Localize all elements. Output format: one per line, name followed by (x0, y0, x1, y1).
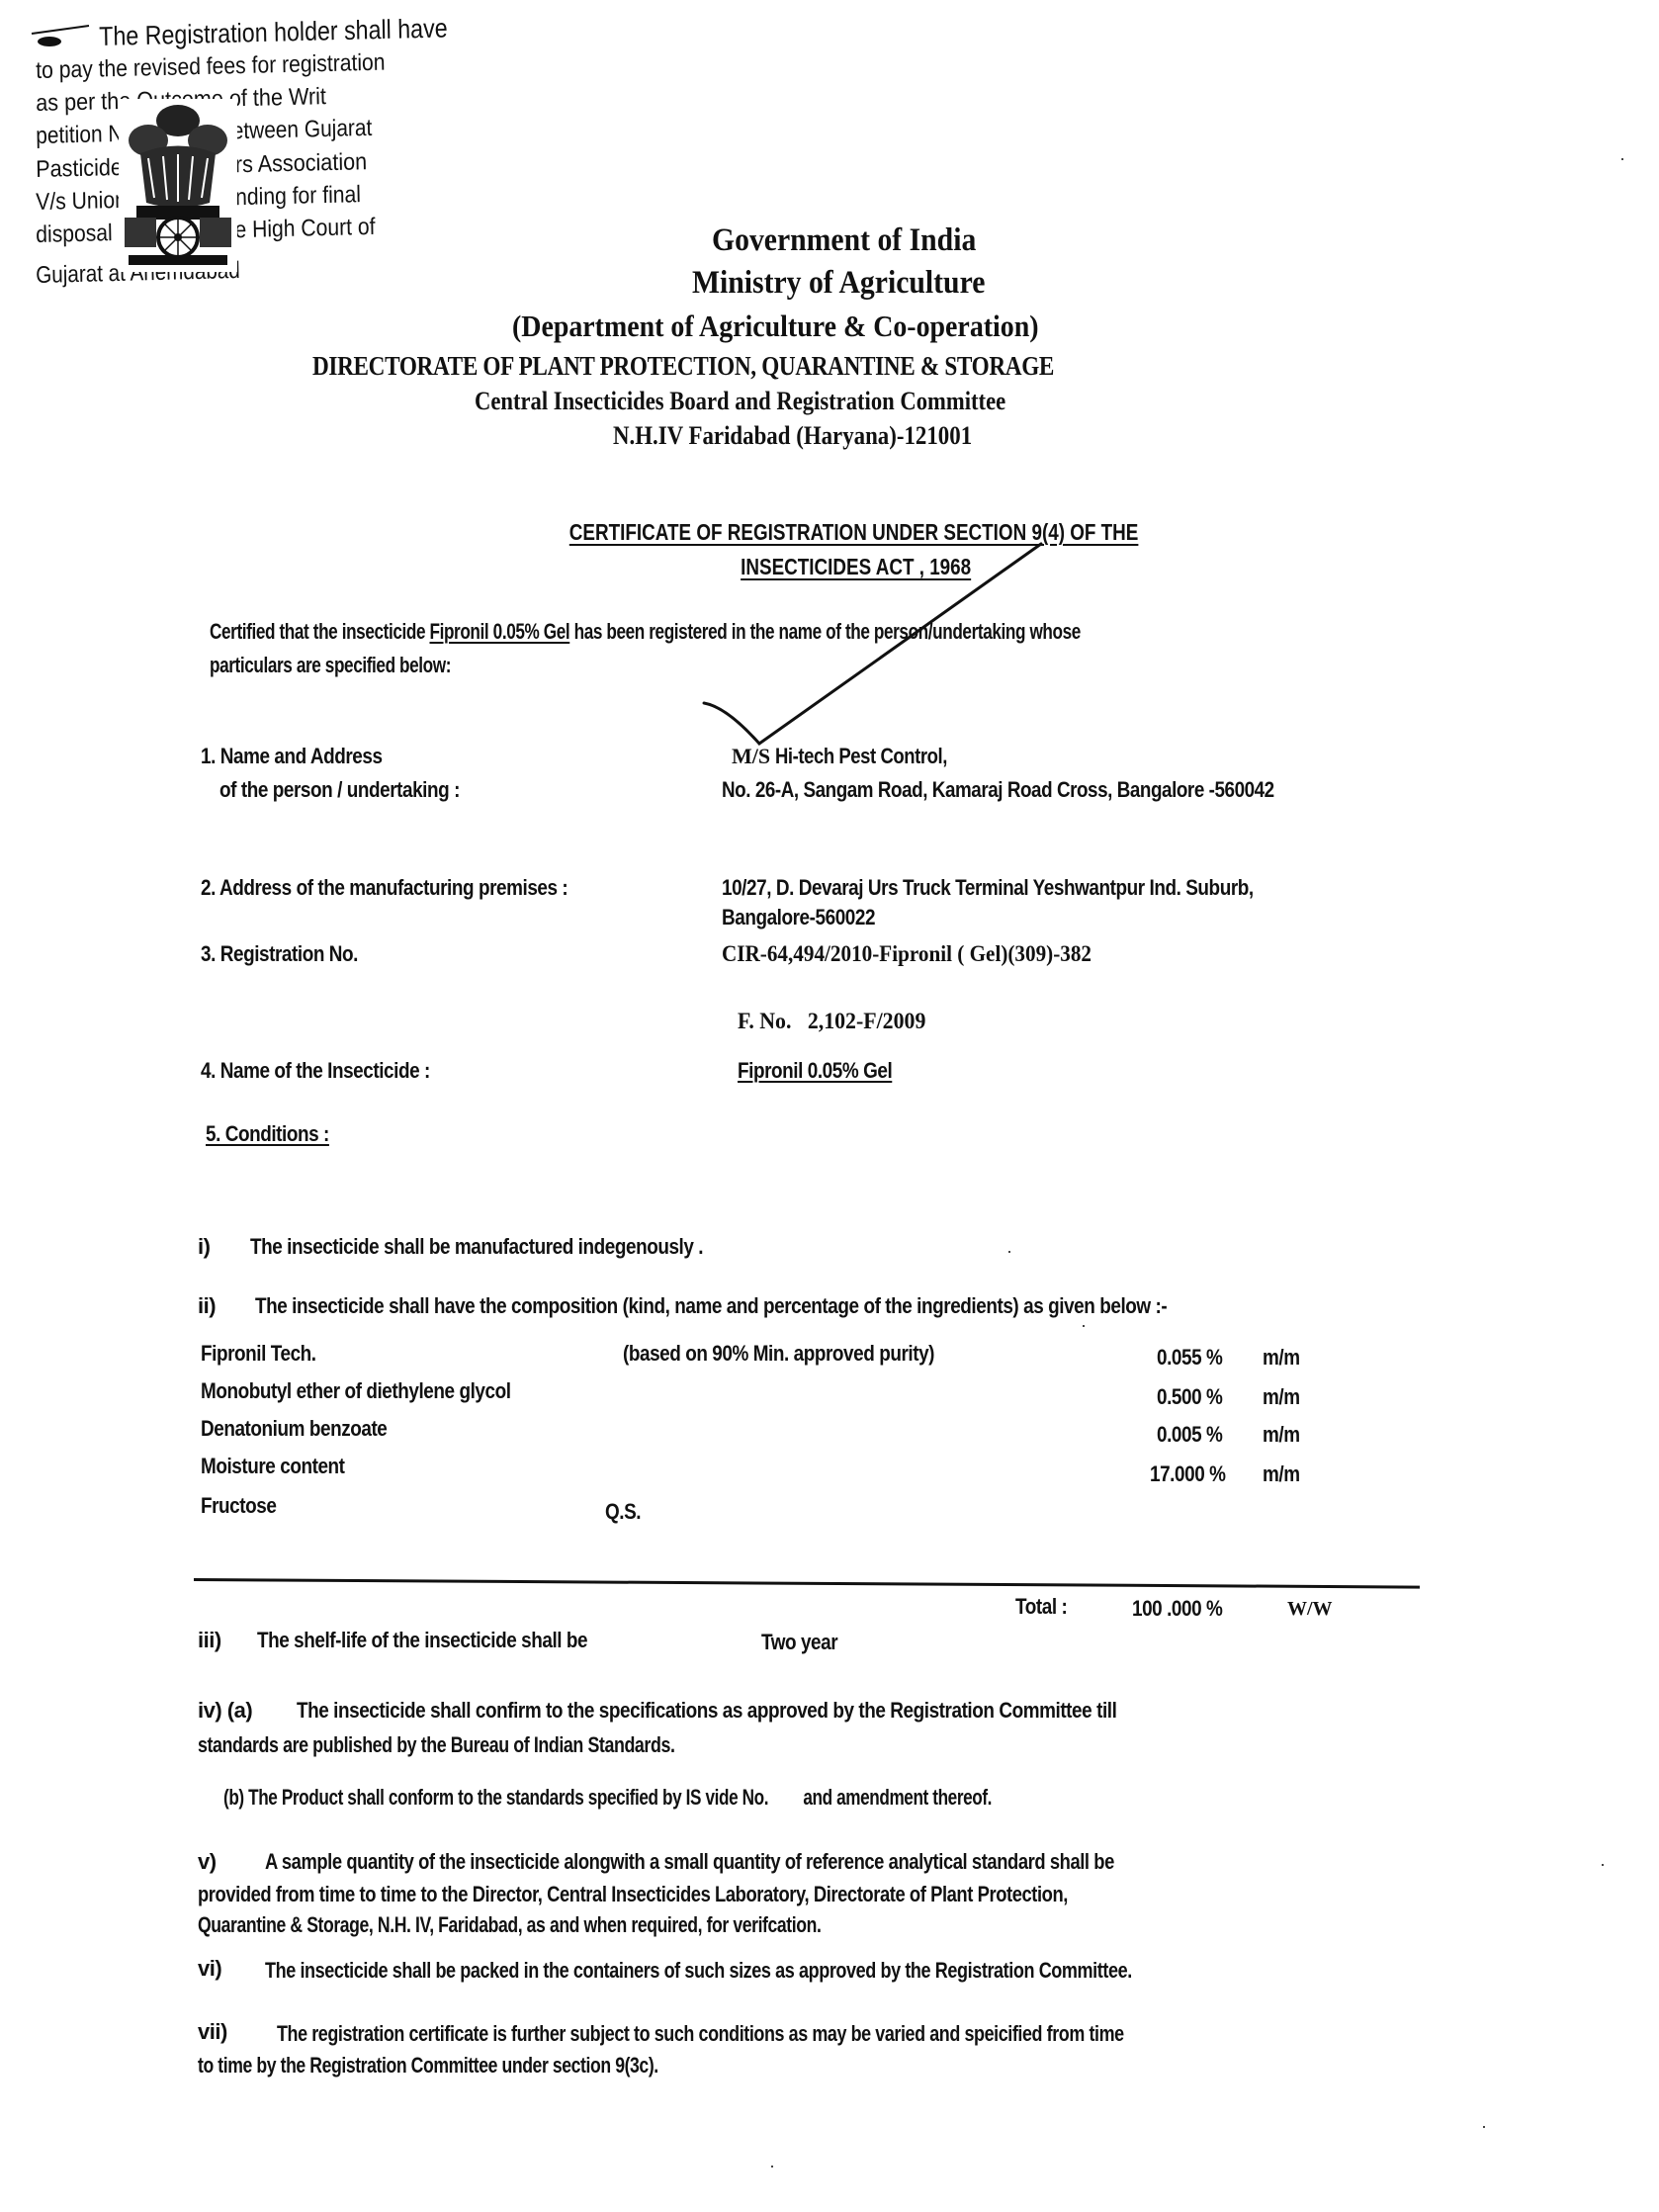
condition-iv-a-line-1: The insecticide shall confirm to the spe… (297, 1698, 1116, 1724)
ingredient-value: 0.500 % (1157, 1384, 1222, 1410)
header-government: Government of India (712, 222, 976, 259)
scan-speck (1483, 2126, 1485, 2128)
condition-iii-text: The shelf-life of the insecticide shall … (257, 1628, 587, 1653)
item2-value-line-1: 10/27, D. Devaraj Urs Truck Terminal Yes… (722, 875, 1254, 901)
condition-iv-b-suffix: and amendment thereof. (803, 1785, 992, 1810)
certified-statement-line-2: particulars are specified below: (210, 653, 451, 678)
header-ministry: Ministry of Agriculture (692, 265, 985, 302)
total-unit: W/W (1287, 1598, 1333, 1621)
condition-iv-b-prefix: (b) The Product shall conform to the sta… (223, 1785, 768, 1810)
certified-prefix: Certified that the insecticide (210, 619, 425, 644)
condition-v-line-2: provided from time to time to the Direct… (198, 1882, 1068, 1907)
total-value: 100 .000 % (1132, 1596, 1222, 1622)
scan-speck (1083, 1325, 1085, 1327)
condition-vii-line-1: The registration certificate is further … (277, 2021, 1124, 2047)
total-divider (194, 1578, 1420, 1589)
ingredient-unit: m/m (1263, 1422, 1300, 1448)
ingredient-name: Denatonium benzoate (201, 1416, 387, 1442)
condition-vii-line-2: to time by the Registration Committee un… (198, 2053, 658, 2079)
condition-iv-a-line-2: standards are published by the Bureau of… (198, 1732, 674, 1758)
header-directorate: DIRECTORATE OF PLANT PROTECTION, QUARANT… (312, 351, 1054, 382)
condition-iii-number: iii) (198, 1628, 221, 1653)
condition-i-number: i) (198, 1234, 210, 1260)
item2-value-line-2: Bangalore-560022 (722, 905, 875, 930)
shelf-life-value: Two year (761, 1630, 837, 1655)
stamp-line-2: to pay the revised fees for registration (36, 49, 386, 85)
condition-v-line-3: Quarantine & Storage, N.H. IV, Faridabad… (198, 1912, 821, 1938)
certified-product: Fipronil 0.05% Gel (429, 619, 569, 644)
header-board: Central Insecticides Board and Registrat… (475, 387, 1005, 416)
total-label: Total : (1015, 1594, 1067, 1620)
condition-vii-number: vii) (198, 2019, 227, 2045)
condition-ii-number: ii) (198, 1293, 216, 1319)
conditions-heading: 5. Conditions : (206, 1121, 329, 1147)
item2-label: 2. Address of the manufacturing premises… (201, 875, 568, 901)
ingredient-unit: m/m (1263, 1461, 1300, 1487)
ingredient-note: (based on 90% Min. approved purity) (623, 1341, 934, 1367)
item1-value-line-2: No. 26-A, Sangam Road, Kamaraj Road Cros… (722, 777, 1274, 803)
item4-label: 4. Name of the Insecticide : (201, 1058, 430, 1084)
state-emblem-icon (119, 99, 237, 272)
registration-number: CIR-64,494/2010-Fipronil ( Gel)(309)-382 (722, 941, 1091, 967)
certified-statement: Certified that the insecticide Fipronil … (210, 619, 1081, 645)
insecticide-name: Fipronil 0.05% Gel (738, 1058, 892, 1084)
condition-v-line-1: A sample quantity of the insecticide alo… (265, 1849, 1114, 1875)
scan-speck (1008, 1251, 1010, 1253)
scan-speck (771, 2166, 773, 2168)
item1-company-name: Hi-tech Pest Control, (775, 744, 947, 769)
ingredient-value: 0.005 % (1157, 1422, 1222, 1448)
stamp-line-1: The Registration holder shall have (99, 13, 448, 52)
certificate-title-line-2: INSECTICIDES ACT , 1968 (149, 554, 1510, 580)
item1-label-line-1: 1. Name and Address (201, 744, 383, 769)
ingredient-unit: m/m (1263, 1384, 1300, 1410)
ingredient-name: Moisture content (201, 1454, 345, 1479)
condition-iv-b: (b) The Product shall conform to the sta… (223, 1785, 992, 1811)
condition-i-text: The insecticide shall be manufactured in… (250, 1234, 703, 1260)
item1-value-prefix: M/S (732, 744, 770, 768)
file-number: F. No. 2,102-F/2009 (738, 1009, 925, 1034)
condition-iv-a-number: iv) (a) (198, 1698, 252, 1724)
ingredient-unit: m/m (1263, 1345, 1300, 1371)
ingredient-name: Fipronil Tech. (201, 1341, 316, 1367)
condition-v-number: v) (198, 1849, 217, 1875)
certified-suffix: has been registered in the name of the p… (574, 619, 1081, 644)
condition-ii-text: The insecticide shall have the compositi… (255, 1293, 1167, 1319)
ingredient-name: Monobutyl ether of diethylene glycol (201, 1378, 511, 1404)
scan-speck (1602, 1864, 1604, 1866)
scan-speck (1621, 158, 1623, 160)
item1-label-line-2: of the person / undertaking : (219, 777, 460, 803)
ingredient-name: Fructose (201, 1493, 276, 1519)
ingredient-value: 17.000 % (1150, 1461, 1226, 1487)
ingredient-value: 0.055 % (1157, 1345, 1222, 1371)
certificate-title-line-1: CERTIFICATE OF REGISTRATION UNDER SECTIO… (149, 519, 1510, 546)
ingredient-note: Q.S. (605, 1499, 641, 1525)
item3-label: 3. Registration No. (201, 941, 358, 967)
header-department: (Department of Agriculture & Co-operatio… (512, 309, 1039, 344)
condition-vi-number: vi) (198, 1956, 221, 1982)
condition-vi-text: The insecticide shall be packed in the c… (265, 1958, 1132, 1984)
item1-value-line-1: M/S Hi-tech Pest Control, (732, 744, 980, 769)
pen-mark-icon (30, 22, 99, 49)
header-address: N.H.IV Faridabad (Haryana)-121001 (613, 421, 972, 451)
